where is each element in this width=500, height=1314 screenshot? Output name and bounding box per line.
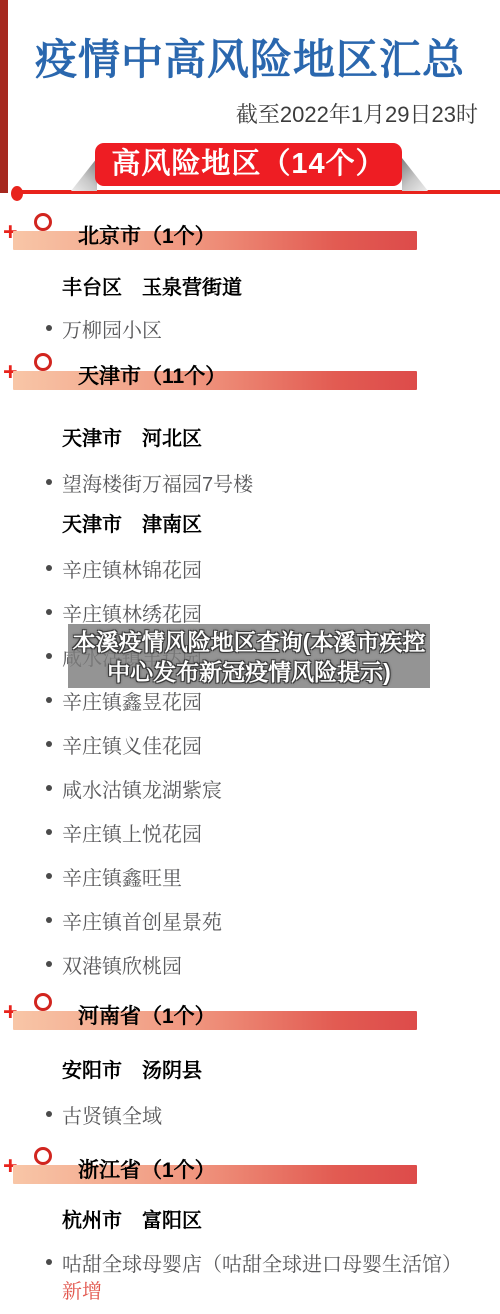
circle-marker-icon (34, 1147, 52, 1165)
bullet-icon (46, 741, 52, 747)
risk-area-item: 咕甜全球母婴店（咕甜全球进口母婴生活馆） (0, 1240, 500, 1284)
risk-area-item: 辛庄镇义佳花园 (0, 722, 500, 766)
district-header: 天津市 津南区 (0, 514, 500, 536)
section-beijing: + 北京市（1个） 丰台区 玉泉营街道 万柳园小区 (0, 212, 500, 350)
bullet-icon (46, 785, 52, 791)
bullet-icon (46, 917, 52, 923)
district-header: 丰台区 玉泉营街道 (0, 277, 500, 299)
risk-area-item: 辛庄镇鑫旺里 (0, 854, 500, 898)
risk-area-item: 咸水沽镇龙湖紫宸 (0, 766, 500, 810)
left-accent-strip (0, 0, 8, 193)
district-header: 安阳市 汤阴县 (0, 1060, 500, 1082)
risk-area-item: 辛庄镇首创星景苑 (0, 898, 500, 942)
bullet-icon (46, 961, 52, 967)
watermark-line1: 本溪疫情风险地区查询(本溪市疾控 (68, 627, 430, 657)
circle-marker-icon (34, 353, 52, 371)
risk-area-item: 万柳园小区 (0, 306, 500, 350)
circle-marker-icon (34, 993, 52, 1011)
ribbon-fold-right-icon (402, 158, 428, 191)
page-title: 疫情中高风险地区汇总 (0, 36, 500, 84)
risk-area-item: 双港镇欣桃园 (0, 942, 500, 986)
bullet-icon (46, 653, 52, 659)
bullet-icon (46, 609, 52, 615)
risk-area-item: 古贤镇全域 (0, 1092, 500, 1136)
district-header: 杭州市 富阳区 (0, 1210, 500, 1232)
section-zhejiang: + 浙江省（1个） 杭州市 富阳区 咕甜全球母婴店（咕甜全球进口母婴生活馆） 新… (0, 1146, 500, 1303)
timeline-dot-icon (11, 186, 23, 201)
bullet-icon (46, 325, 52, 331)
watermark-line2: 中心发布新冠疫情风险提示) (68, 657, 430, 687)
infographic-page: 疫情中高风险地区汇总 截至2022年1月29日23时 高风险地区（14个） + … (0, 0, 500, 1314)
section-henan: + 河南省（1个） 安阳市 汤阴县 古贤镇全域 (0, 992, 500, 1136)
bullet-icon (46, 873, 52, 879)
bullet-icon (46, 1111, 52, 1117)
high-risk-banner: 高风险地区（14个） (95, 143, 402, 186)
bullet-icon (46, 479, 52, 485)
watermark-overlay: 本溪疫情风险地区查询(本溪市疾控 中心发布新冠疫情风险提示) (68, 624, 430, 688)
district-header: 天津市 河北区 (0, 428, 500, 450)
section-header: + 河南省（1个） (0, 992, 500, 1030)
section-header: + 北京市（1个） (0, 212, 500, 250)
section-title: 北京市（1个） (78, 220, 216, 250)
section-header: + 浙江省（1个） (0, 1146, 500, 1184)
bullet-icon (46, 829, 52, 835)
bullet-icon (46, 565, 52, 571)
as-of-date: 截至2022年1月29日23时 (236, 98, 478, 129)
bullet-icon (46, 697, 52, 703)
risk-area-item: 望海楼街万福园7号楼 (0, 460, 500, 504)
ribbon-fold-left-icon (71, 158, 97, 191)
circle-marker-icon (34, 213, 52, 231)
new-added-tag: 新增 (0, 1281, 500, 1303)
section-header: + 天津市（11个） (0, 352, 500, 390)
section-title: 浙江省（1个） (78, 1154, 216, 1184)
section-title: 天津市（11个） (78, 360, 226, 390)
risk-area-list: 辛庄镇林锦花园 辛庄镇林绣花园 咸水沽镇丰达园 辛庄镇鑫昱花园 辛庄镇义佳花园 … (0, 546, 500, 986)
bullet-icon (46, 1259, 52, 1265)
section-title: 河南省（1个） (78, 1000, 216, 1030)
risk-area-item: 辛庄镇林锦花园 (0, 546, 500, 590)
risk-area-item: 辛庄镇上悦花园 (0, 810, 500, 854)
